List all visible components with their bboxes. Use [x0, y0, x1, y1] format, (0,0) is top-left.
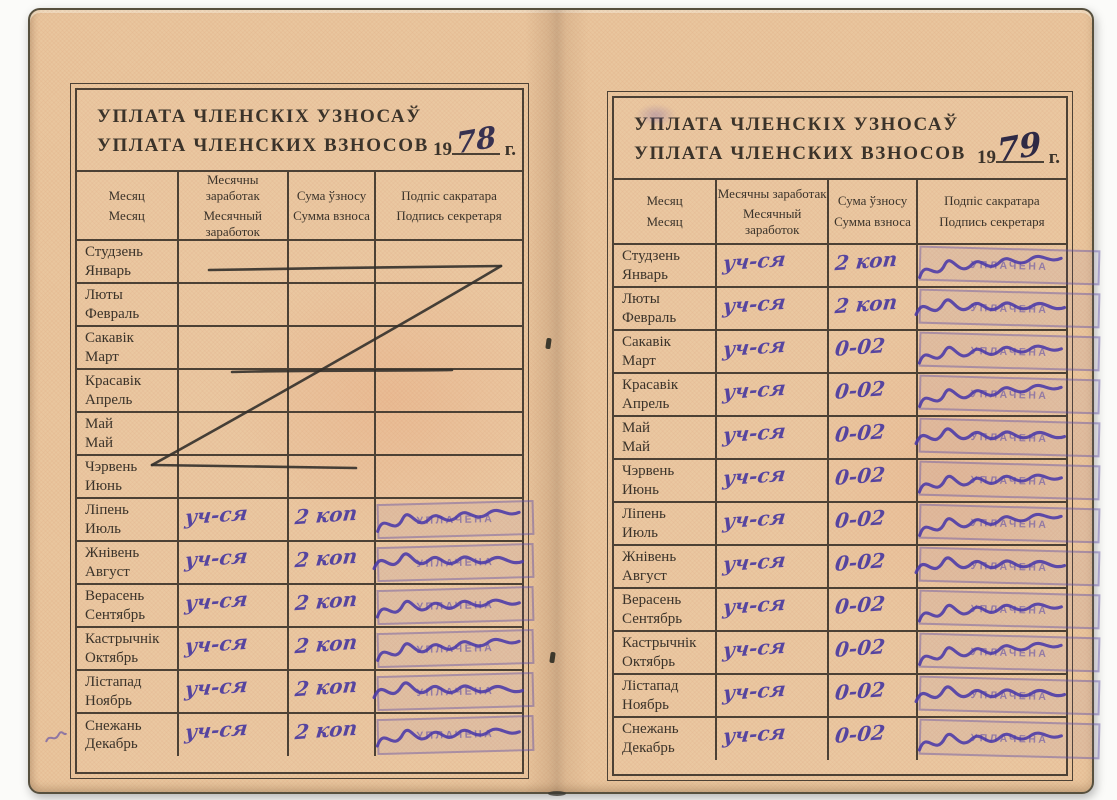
sum-cell: 2 коп: [288, 498, 375, 541]
salary-cell: уч-ся: [716, 588, 828, 631]
signature-scribble: [910, 548, 1067, 587]
signature-scribble: [914, 724, 1065, 759]
sum-cell: 2 коп: [828, 287, 917, 330]
sum-cell: 0-02: [828, 502, 917, 545]
table-row: ЛіпеньИюльуч-ся2 копУПЛАЧЕНА: [77, 498, 522, 541]
month-cell: СакавікМарт: [77, 326, 178, 369]
salary-cell: [178, 283, 288, 326]
month-cell: МайМай: [614, 416, 716, 459]
month-cell: КрасавікАпрель: [614, 373, 716, 416]
sum-handwriting: 2 коп: [294, 673, 359, 702]
sum-cell: 2 коп: [288, 584, 375, 627]
table-row: СнежаньДекабрьуч-ся0-02УПЛАЧЕНА: [614, 717, 1066, 760]
salary-cell: уч-ся: [716, 287, 828, 330]
sum-handwriting: 0-02: [834, 591, 886, 619]
month-cell: ЛютыФевраль: [77, 283, 178, 326]
sum-cell: 0-02: [828, 416, 917, 459]
signature-cell: УПЛАЧЕНА: [917, 717, 1066, 760]
sum-cell: 0-02: [828, 674, 917, 717]
sum-handwriting: 2 коп: [294, 544, 359, 573]
signature-cell: [375, 455, 522, 498]
sum-cell: 0-02: [828, 631, 917, 674]
salary-handwriting: уч-ся: [183, 630, 248, 659]
sum-handwriting: 0-02: [834, 548, 886, 576]
salary-handwriting: уч-ся: [722, 548, 787, 577]
handwritten-year: 78: [455, 119, 497, 160]
salary-handwriting: уч-ся: [722, 677, 787, 706]
salary-cell: уч-ся: [716, 330, 828, 373]
scanned-membership-book: УПЛАТА ЧЛЕНСКІХ УЗНОСАЎ УПЛАТА ЧЛЕНСКИХ …: [0, 0, 1117, 800]
salary-cell: уч-ся: [716, 545, 828, 588]
sum-cell: 2 коп: [828, 244, 917, 287]
year-prefix: 19: [433, 139, 452, 160]
month-cell: ВерасеньСентябрь: [77, 584, 178, 627]
sum-handwriting: 0-02: [834, 677, 886, 705]
left-page-title: УПЛАТА ЧЛЕНСКІХ УЗНОСАЎ УПЛАТА ЧЛЕНСКИХ …: [77, 90, 522, 172]
salary-cell: уч-ся: [716, 416, 828, 459]
signature-cell: УПЛАЧЕНА: [917, 502, 1066, 545]
sum-cell: 2 коп: [288, 627, 375, 670]
left-page-frame: УПЛАТА ЧЛЕНСКІХ УЗНОСАЎ УПЛАТА ЧЛЕНСКИХ …: [75, 88, 524, 774]
signature-cell: УПЛАЧЕНА: [917, 287, 1066, 330]
month-cell: МайМай: [77, 412, 178, 455]
signature-scribble: [372, 591, 523, 626]
sum-handwriting: 0-02: [834, 634, 886, 662]
signature-scribble: [914, 466, 1065, 501]
month-cell: СакавікМарт: [614, 330, 716, 373]
year-prefix: 19: [977, 147, 996, 168]
salary-cell: [178, 369, 288, 412]
month-cell: КастрычнікОктябрь: [614, 631, 716, 674]
sum-handwriting: 0-02: [834, 720, 886, 748]
table-row: ЛіпеньИюльуч-ся0-02УПЛАЧЕНА: [614, 502, 1066, 545]
sum-cell: 2 коп: [288, 541, 375, 584]
table-row: ЧэрвеньИюнь: [77, 455, 522, 498]
salary-handwriting: уч-ся: [183, 587, 248, 616]
month-cell: ЛістападНоябрь: [77, 670, 178, 713]
sum-cell: 2 коп: [288, 670, 375, 713]
salary-handwriting: уч-ся: [722, 376, 787, 405]
signature-scribble: [910, 290, 1067, 329]
staple: [549, 652, 555, 664]
sum-handwriting: 0-02: [834, 333, 886, 361]
sum-cell: [288, 326, 375, 369]
signature-cell: [375, 326, 522, 369]
month-cell: ЖнівеньАвгуст: [614, 545, 716, 588]
sum-cell: 0-02: [828, 459, 917, 502]
salary-handwriting: уч-ся: [722, 247, 787, 276]
table-row: ВерасеньСентябрьуч-ся2 копУПЛАЧЕНА: [77, 584, 522, 627]
salary-handwriting: уч-ся: [183, 673, 248, 702]
sum-handwriting: 0-02: [834, 505, 886, 533]
salary-cell: уч-ся: [716, 244, 828, 287]
salary-cell: уч-ся: [716, 631, 828, 674]
table-row: КастрычнікОктябрьуч-ся2 копУПЛАЧЕНА: [77, 627, 522, 670]
month-cell: СтудзеньЯнварь: [614, 244, 716, 287]
salary-cell: уч-ся: [716, 373, 828, 416]
table-row: МайМай: [77, 412, 522, 455]
table-row: МайМайуч-ся0-02УПЛАЧЕНА: [614, 416, 1066, 459]
salary-handwriting: уч-ся: [722, 634, 787, 663]
signature-cell: УПЛАЧЕНА: [375, 541, 522, 584]
salary-handwriting: уч-ся: [722, 505, 787, 534]
signature-scribble: [369, 544, 526, 583]
sum-cell: [288, 455, 375, 498]
month-cell: ЛіпеньИюль: [614, 502, 716, 545]
table-row: ЧэрвеньИюньуч-ся0-02УПЛАЧЕНА: [614, 459, 1066, 502]
signature-scribble: [910, 677, 1067, 716]
month-cell: ВерасеньСентябрь: [614, 588, 716, 631]
signature-cell: УПЛАЧЕНА: [375, 584, 522, 627]
signature-cell: УПЛАЧЕНА: [375, 670, 522, 713]
sum-handwriting: 0-02: [834, 462, 886, 490]
salary-handwriting: уч-ся: [183, 716, 248, 745]
header-row: МесяцМесяц Месячны заработакМесячный зар…: [614, 180, 1066, 244]
year-suffix: г.: [1049, 147, 1060, 168]
sum-handwriting: 0-02: [834, 376, 886, 404]
sum-cell: [288, 369, 375, 412]
table-row: КрасавікАпрель: [77, 369, 522, 412]
salary-handwriting: уч-ся: [722, 419, 787, 448]
sum-handwriting: 0-02: [834, 419, 886, 447]
signature-cell: УПЛАЧЕНА: [917, 330, 1066, 373]
sum-cell: 0-02: [828, 545, 917, 588]
signature-cell: УПЛАЧЕНА: [375, 713, 522, 756]
signature-cell: УПЛАЧЕНА: [917, 631, 1066, 674]
col-header-salary: Месячны заработакМесячный заработок: [716, 180, 828, 244]
scan-smudge: [548, 791, 566, 796]
sum-cell: 0-02: [828, 330, 917, 373]
dues-table-1979: МесяцМесяц Месячны заработакМесячный зар…: [614, 180, 1066, 760]
salary-cell: [178, 455, 288, 498]
signature-cell: [375, 412, 522, 455]
signature-scribble: [369, 673, 526, 712]
table-row: ЖнівеньАвгустуч-ся0-02УПЛАЧЕНА: [614, 545, 1066, 588]
dues-table-1978: МесяцМесяц Месячны заработакМесячный зар…: [77, 172, 522, 756]
signature-cell: [375, 240, 522, 283]
month-cell: ЧэрвеньИюнь: [77, 455, 178, 498]
salary-cell: уч-ся: [716, 502, 828, 545]
table-row: КастрычнікОктябрьуч-ся0-02УПЛАЧЕНА: [614, 631, 1066, 674]
sum-handwriting: 2 коп: [834, 247, 899, 276]
sum-cell: 0-02: [828, 588, 917, 631]
header-row: МесяцМесяц Месячны заработакМесячный зар…: [77, 172, 522, 240]
table-row: ЛістападНоябрьуч-ся2 копУПЛАЧЕНА: [77, 670, 522, 713]
signature-cell: [375, 369, 522, 412]
salary-cell: уч-ся: [178, 627, 288, 670]
month-cell: КастрычнікОктябрь: [77, 627, 178, 670]
sum-cell: 0-02: [828, 373, 917, 416]
col-header-signature: Подпіс сакратараПодпись секретаря: [375, 172, 522, 240]
sum-cell: [288, 412, 375, 455]
table-row: СакавікМартуч-ся0-02УПЛАЧЕНА: [614, 330, 1066, 373]
year-suffix: г.: [505, 139, 516, 160]
right-page-title: УПЛАТА ЧЛЕНСКІХ УЗНОСАЎ УПЛАТА ЧЛЕНСКИХ …: [614, 98, 1066, 180]
month-cell: ЖнівеньАвгуст: [77, 541, 178, 584]
sum-handwriting: 2 коп: [294, 716, 359, 745]
signature-scribble: [910, 419, 1067, 458]
signature-cell: УПЛАЧЕНА: [917, 244, 1066, 287]
table-row: ЖнівеньАвгустуч-ся2 копУПЛАЧЕНА: [77, 541, 522, 584]
table-row: СтудзеньЯнварьуч-ся2 копУПЛАЧЕНА: [614, 244, 1066, 287]
sum-cell: 0-02: [828, 717, 917, 760]
salary-handwriting: уч-ся: [722, 290, 787, 319]
signature-cell: [375, 283, 522, 326]
signature-scribble: [914, 595, 1065, 630]
table-row: СтудзеньЯнварь: [77, 240, 522, 283]
salary-cell: уч-ся: [178, 670, 288, 713]
signature-cell: УПЛАЧЕНА: [917, 416, 1066, 459]
sum-handwriting: 2 коп: [294, 501, 359, 530]
table-row: ВерасеньСентябрьуч-ся0-02УПЛАЧЕНА: [614, 588, 1066, 631]
salary-cell: уч-ся: [716, 674, 828, 717]
month-cell: СтудзеньЯнварь: [77, 240, 178, 283]
signature-scribble: [914, 337, 1065, 372]
signature-cell: УПЛАЧЕНА: [375, 627, 522, 670]
staple: [545, 338, 551, 350]
month-cell: ЛіпеньИюль: [77, 498, 178, 541]
table-row: КрасавікАпрельуч-ся0-02УПЛАЧЕНА: [614, 373, 1066, 416]
month-cell: СнежаньДекабрь: [77, 713, 178, 756]
month-cell: СнежаньДекабрь: [614, 717, 716, 760]
table-row: СакавікМарт: [77, 326, 522, 369]
col-header-salary: Месячны заработакМесячный заработок: [178, 172, 288, 240]
signature-cell: УПЛАЧЕНА: [917, 588, 1066, 631]
corner-pen-mark: [42, 728, 68, 746]
open-booklet: УПЛАТА ЧЛЕНСКІХ УЗНОСАЎ УПЛАТА ЧЛЕНСКИХ …: [28, 8, 1094, 794]
table-row: ЛістападНоябрьуч-ся0-02УПЛАЧЕНА: [614, 674, 1066, 717]
salary-cell: уч-ся: [716, 717, 828, 760]
col-header-sum: Сума ўзносуСумма взноса: [828, 180, 917, 244]
salary-cell: уч-ся: [178, 713, 288, 756]
salary-handwriting: уч-ся: [722, 333, 787, 362]
sum-cell: [288, 240, 375, 283]
salary-cell: уч-ся: [716, 459, 828, 502]
salary-handwriting: уч-ся: [722, 462, 787, 491]
salary-handwriting: уч-ся: [722, 720, 787, 749]
month-cell: ЛютыФевраль: [614, 287, 716, 330]
signature-cell: УПЛАЧЕНА: [917, 545, 1066, 588]
ink-blot: [636, 104, 676, 126]
salary-handwriting: уч-ся: [183, 544, 248, 573]
table-row: ЛютыФевраль: [77, 283, 522, 326]
table-row: ЛютыФевральуч-ся2 копУПЛАЧЕНА: [614, 287, 1066, 330]
salary-cell: [178, 412, 288, 455]
sum-cell: 2 коп: [288, 713, 375, 756]
salary-cell: [178, 240, 288, 283]
signature-scribble: [372, 720, 523, 755]
salary-cell: [178, 326, 288, 369]
salary-handwriting: уч-ся: [183, 501, 248, 530]
right-page-frame: УПЛАТА ЧЛЕНСКІХ УЗНОСАЎ УПЛАТА ЧЛЕНСКИХ …: [612, 96, 1068, 776]
col-header-sum: Сума ўзносуСумма взноса: [288, 172, 375, 240]
month-cell: ЧэрвеньИюнь: [614, 459, 716, 502]
col-header-month: МесяцМесяц: [77, 172, 178, 240]
salary-cell: уч-ся: [178, 541, 288, 584]
sum-cell: [288, 283, 375, 326]
sum-handwriting: 2 коп: [294, 630, 359, 659]
salary-cell: уч-ся: [178, 584, 288, 627]
salary-handwriting: уч-ся: [722, 591, 787, 620]
sum-handwriting: 2 коп: [294, 587, 359, 616]
col-header-month: МесяцМесяц: [614, 180, 716, 244]
signature-cell: УПЛАЧЕНА: [917, 674, 1066, 717]
sum-handwriting: 2 коп: [834, 290, 899, 319]
month-cell: КрасавікАпрель: [77, 369, 178, 412]
col-header-signature: Подпіс сакратараПодпись секретаря: [917, 180, 1066, 244]
signature-cell: УПЛАЧЕНА: [917, 459, 1066, 502]
handwritten-year: 79: [996, 124, 1043, 170]
signature-cell: УПЛАЧЕНА: [375, 498, 522, 541]
signature-cell: УПЛАЧЕНА: [917, 373, 1066, 416]
table-row: СнежаньДекабрьуч-ся2 копУПЛАЧЕНА: [77, 713, 522, 756]
month-cell: ЛістападНоябрь: [614, 674, 716, 717]
salary-cell: уч-ся: [178, 498, 288, 541]
